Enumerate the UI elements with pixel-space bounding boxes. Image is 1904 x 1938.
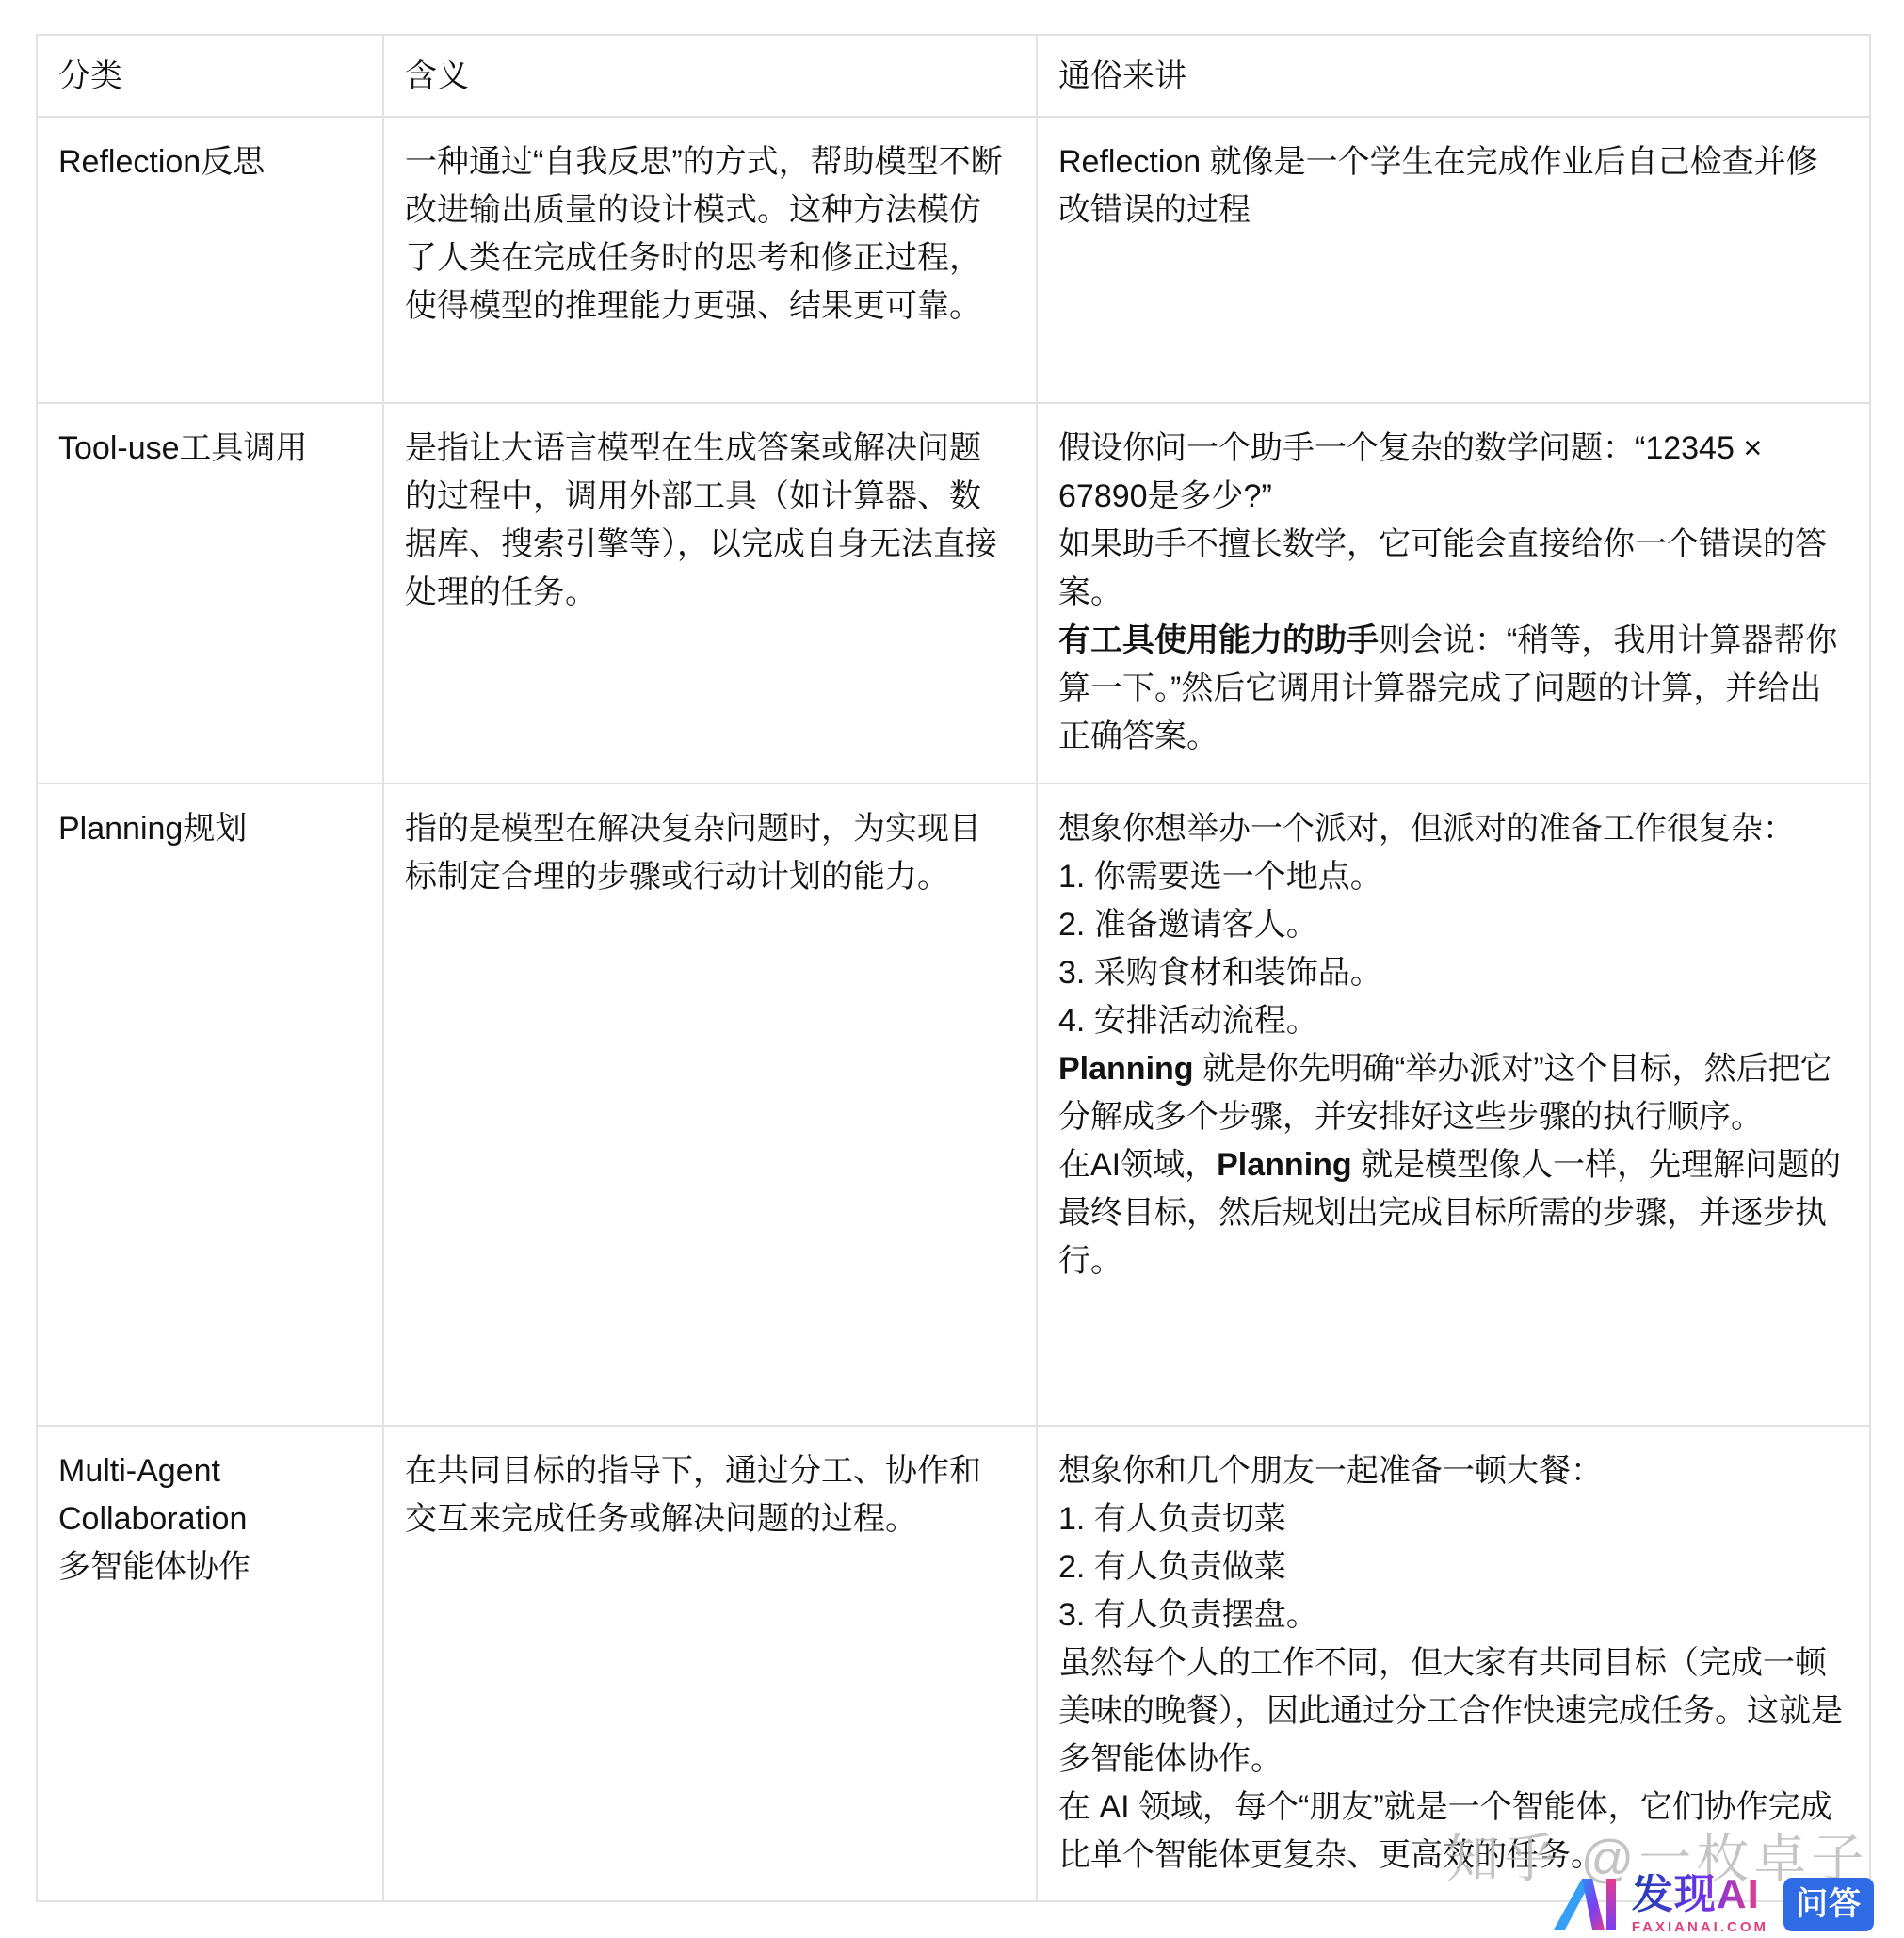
faxian-ai-logo-icon xyxy=(1553,1877,1617,1931)
cell-meaning-reflection: 一种通过“自我反思”的方式，帮助模型不断改进输出质量的设计模式。这种方法模仿了人… xyxy=(383,117,1037,403)
cell-plain-tool-use: 假设你问一个助手一个复杂的数学问题：“12345 × 67890是多少?”如果助… xyxy=(1037,403,1870,783)
agent-patterns-table: 分类 含义 通俗来讲 Reflection反思 一种通过“自我反思”的方式，帮助… xyxy=(36,34,1871,1902)
cell-meaning-multi-agent: 在共同目标的指导下，通过分工、协作和交互来完成任务或解决问题的过程。 xyxy=(383,1426,1037,1901)
cell-plain-planning: 想象你想举办一个派对，但派对的准备工作很复杂：1. 你需要选一个地点。2. 准备… xyxy=(1037,783,1870,1426)
definitions-table-container: 分类 含义 通俗来讲 Reflection反思 一种通过“自我反思”的方式，帮助… xyxy=(36,34,1869,1902)
cell-category-tool-use: Tool-use工具调用 xyxy=(37,403,383,783)
brand-block: 发现AI FAXIANAI.COM xyxy=(1632,1874,1768,1934)
faxian-ai-footer-logo: 发现AI FAXIANAI.COM 问答 xyxy=(1553,1874,1874,1934)
table-row-tool-use: Tool-use工具调用 是指让大语言模型在生成答案或解决问题的过程中，调用外部… xyxy=(37,403,1870,783)
cell-category-reflection: Reflection反思 xyxy=(37,117,383,403)
column-header-category: 分类 xyxy=(37,35,383,117)
cell-category-multi-agent: Multi-Agent Collaboration 多智能体协作 xyxy=(37,1426,383,1901)
column-header-plain-terms: 通俗来讲 xyxy=(1037,35,1870,117)
cell-meaning-planning: 指的是模型在解决复杂问题时，为实现目标制定合理的步骤或行动计划的能力。 xyxy=(383,783,1037,1426)
brand-name: 发现AI xyxy=(1632,1874,1760,1915)
brand-domain: FAXIANAI.COM xyxy=(1632,1920,1768,1934)
cell-category-planning: Planning规划 xyxy=(37,783,383,1426)
qa-badge: 问答 xyxy=(1783,1878,1874,1931)
header-row: 分类 含义 通俗来讲 xyxy=(37,35,1870,117)
cell-plain-multi-agent: 想象你和几个朋友一起准备一顿大餐：1. 有人负责切菜2. 有人负责做菜3. 有人… xyxy=(1037,1426,1870,1901)
column-header-meaning: 含义 xyxy=(383,35,1037,117)
cell-plain-reflection: Reflection 就像是一个学生在完成作业后自己检查并修改错误的过程 xyxy=(1037,117,1870,403)
table-row-reflection: Reflection反思 一种通过“自我反思”的方式，帮助模型不断改进输出质量的… xyxy=(37,117,1870,403)
table-row-multi-agent: Multi-Agent Collaboration 多智能体协作 在共同目标的指… xyxy=(37,1426,1870,1901)
table-row-planning: Planning规划 指的是模型在解决复杂问题时，为实现目标制定合理的步骤或行动… xyxy=(37,783,1870,1426)
cell-meaning-tool-use: 是指让大语言模型在生成答案或解决问题的过程中，调用外部工具（如计算器、数据库、搜… xyxy=(383,403,1037,783)
